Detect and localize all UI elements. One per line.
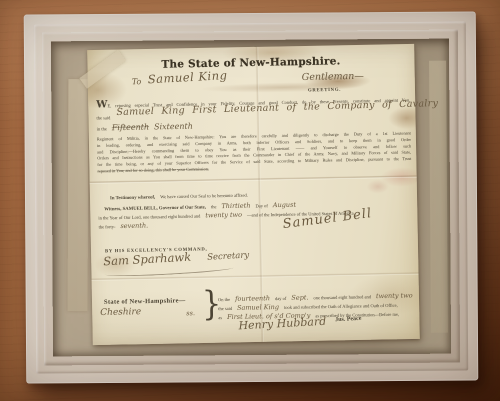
witness-month: August — [273, 201, 296, 209]
tape-strip-left — [68, 79, 89, 311]
oath-ss: ss. — [186, 309, 195, 317]
oath-state-label: State of New-Hampshire— — [104, 297, 186, 306]
witness-year-line: in the Year of Our Lord, one thousand ei… — [98, 214, 200, 221]
witness-day-of: Day of — [255, 203, 267, 208]
document-paper: The State of New-Hampshire. To Samuel Ki… — [87, 44, 420, 345]
corrected-regiment: Sixteenth — [154, 121, 193, 131]
struck-regiment: Fifteenth — [112, 122, 149, 132]
document-title: The State of New-Hampshire. — [87, 54, 414, 72]
oath-county: Cheshire — [100, 307, 141, 318]
witness-year: twenty two — [205, 211, 242, 219]
testimony-rest: We have caused Our Seal to be hereunto a… — [160, 193, 248, 200]
oath-month: Sept. — [291, 294, 308, 302]
oath-name: Samuel King — [237, 304, 279, 312]
appointee-name: Samuel King — [147, 68, 227, 86]
frame-molding-step: The State of New-Hampshire. To Samuel Ki… — [34, 21, 468, 373]
oath-day: fourteenth — [235, 295, 270, 303]
independence-ordinal: seventh. — [120, 222, 148, 230]
mat-board: The State of New-Hampshire. To Samuel Ki… — [51, 39, 451, 357]
oath-year: twenty two — [376, 292, 413, 300]
greeting-label: GREETING. — [308, 87, 341, 93]
commission-paragraph: Regiment of Militia, in the State of New… — [97, 130, 412, 174]
picture-frame: The State of New-Hampshire. To Samuel Ki… — [24, 11, 479, 383]
salutation-to: To — [132, 77, 142, 86]
greeting-label-wrap: GREETING. — [308, 84, 341, 94]
jp-title: Jus. Peace — [335, 316, 362, 323]
secretary-title: Secretary — [207, 251, 250, 263]
in-the-label: in the — [97, 126, 107, 131]
fold-line-horizontal-upper — [90, 175, 417, 184]
witness-day: Thirtieth — [221, 202, 250, 210]
dropcap-w: W — [96, 98, 107, 110]
independence-prefix: the forty- — [99, 224, 116, 229]
oath-year-prefix: one thousand eight hundred and — [313, 294, 371, 300]
oath-as: as — [218, 315, 222, 320]
photo-scene: The State of New-Hampshire. To Samuel Ki… — [0, 0, 500, 401]
the-said-wrap: the said — [96, 113, 110, 122]
witness-line-3: the forty- seventh. — [98, 221, 151, 231]
the-said-label: the said — [96, 115, 110, 120]
salutation-honorific: Gentleman— — [302, 71, 364, 83]
frame-inner-lip: The State of New-Hampshire. To Samuel Ki… — [42, 30, 460, 366]
oath-day-of: day of — [275, 296, 286, 301]
testimony-line: In Testimony whereof, We have caused Our… — [110, 190, 251, 202]
oath-the-said: the said — [218, 306, 232, 311]
testimony-lead: In Testimony whereof, — [110, 195, 155, 201]
witness-the: the — [211, 204, 217, 209]
regiment-line: in the Fifteenth Sixteenth — [97, 121, 196, 133]
oath-on-the: On the — [218, 297, 230, 302]
